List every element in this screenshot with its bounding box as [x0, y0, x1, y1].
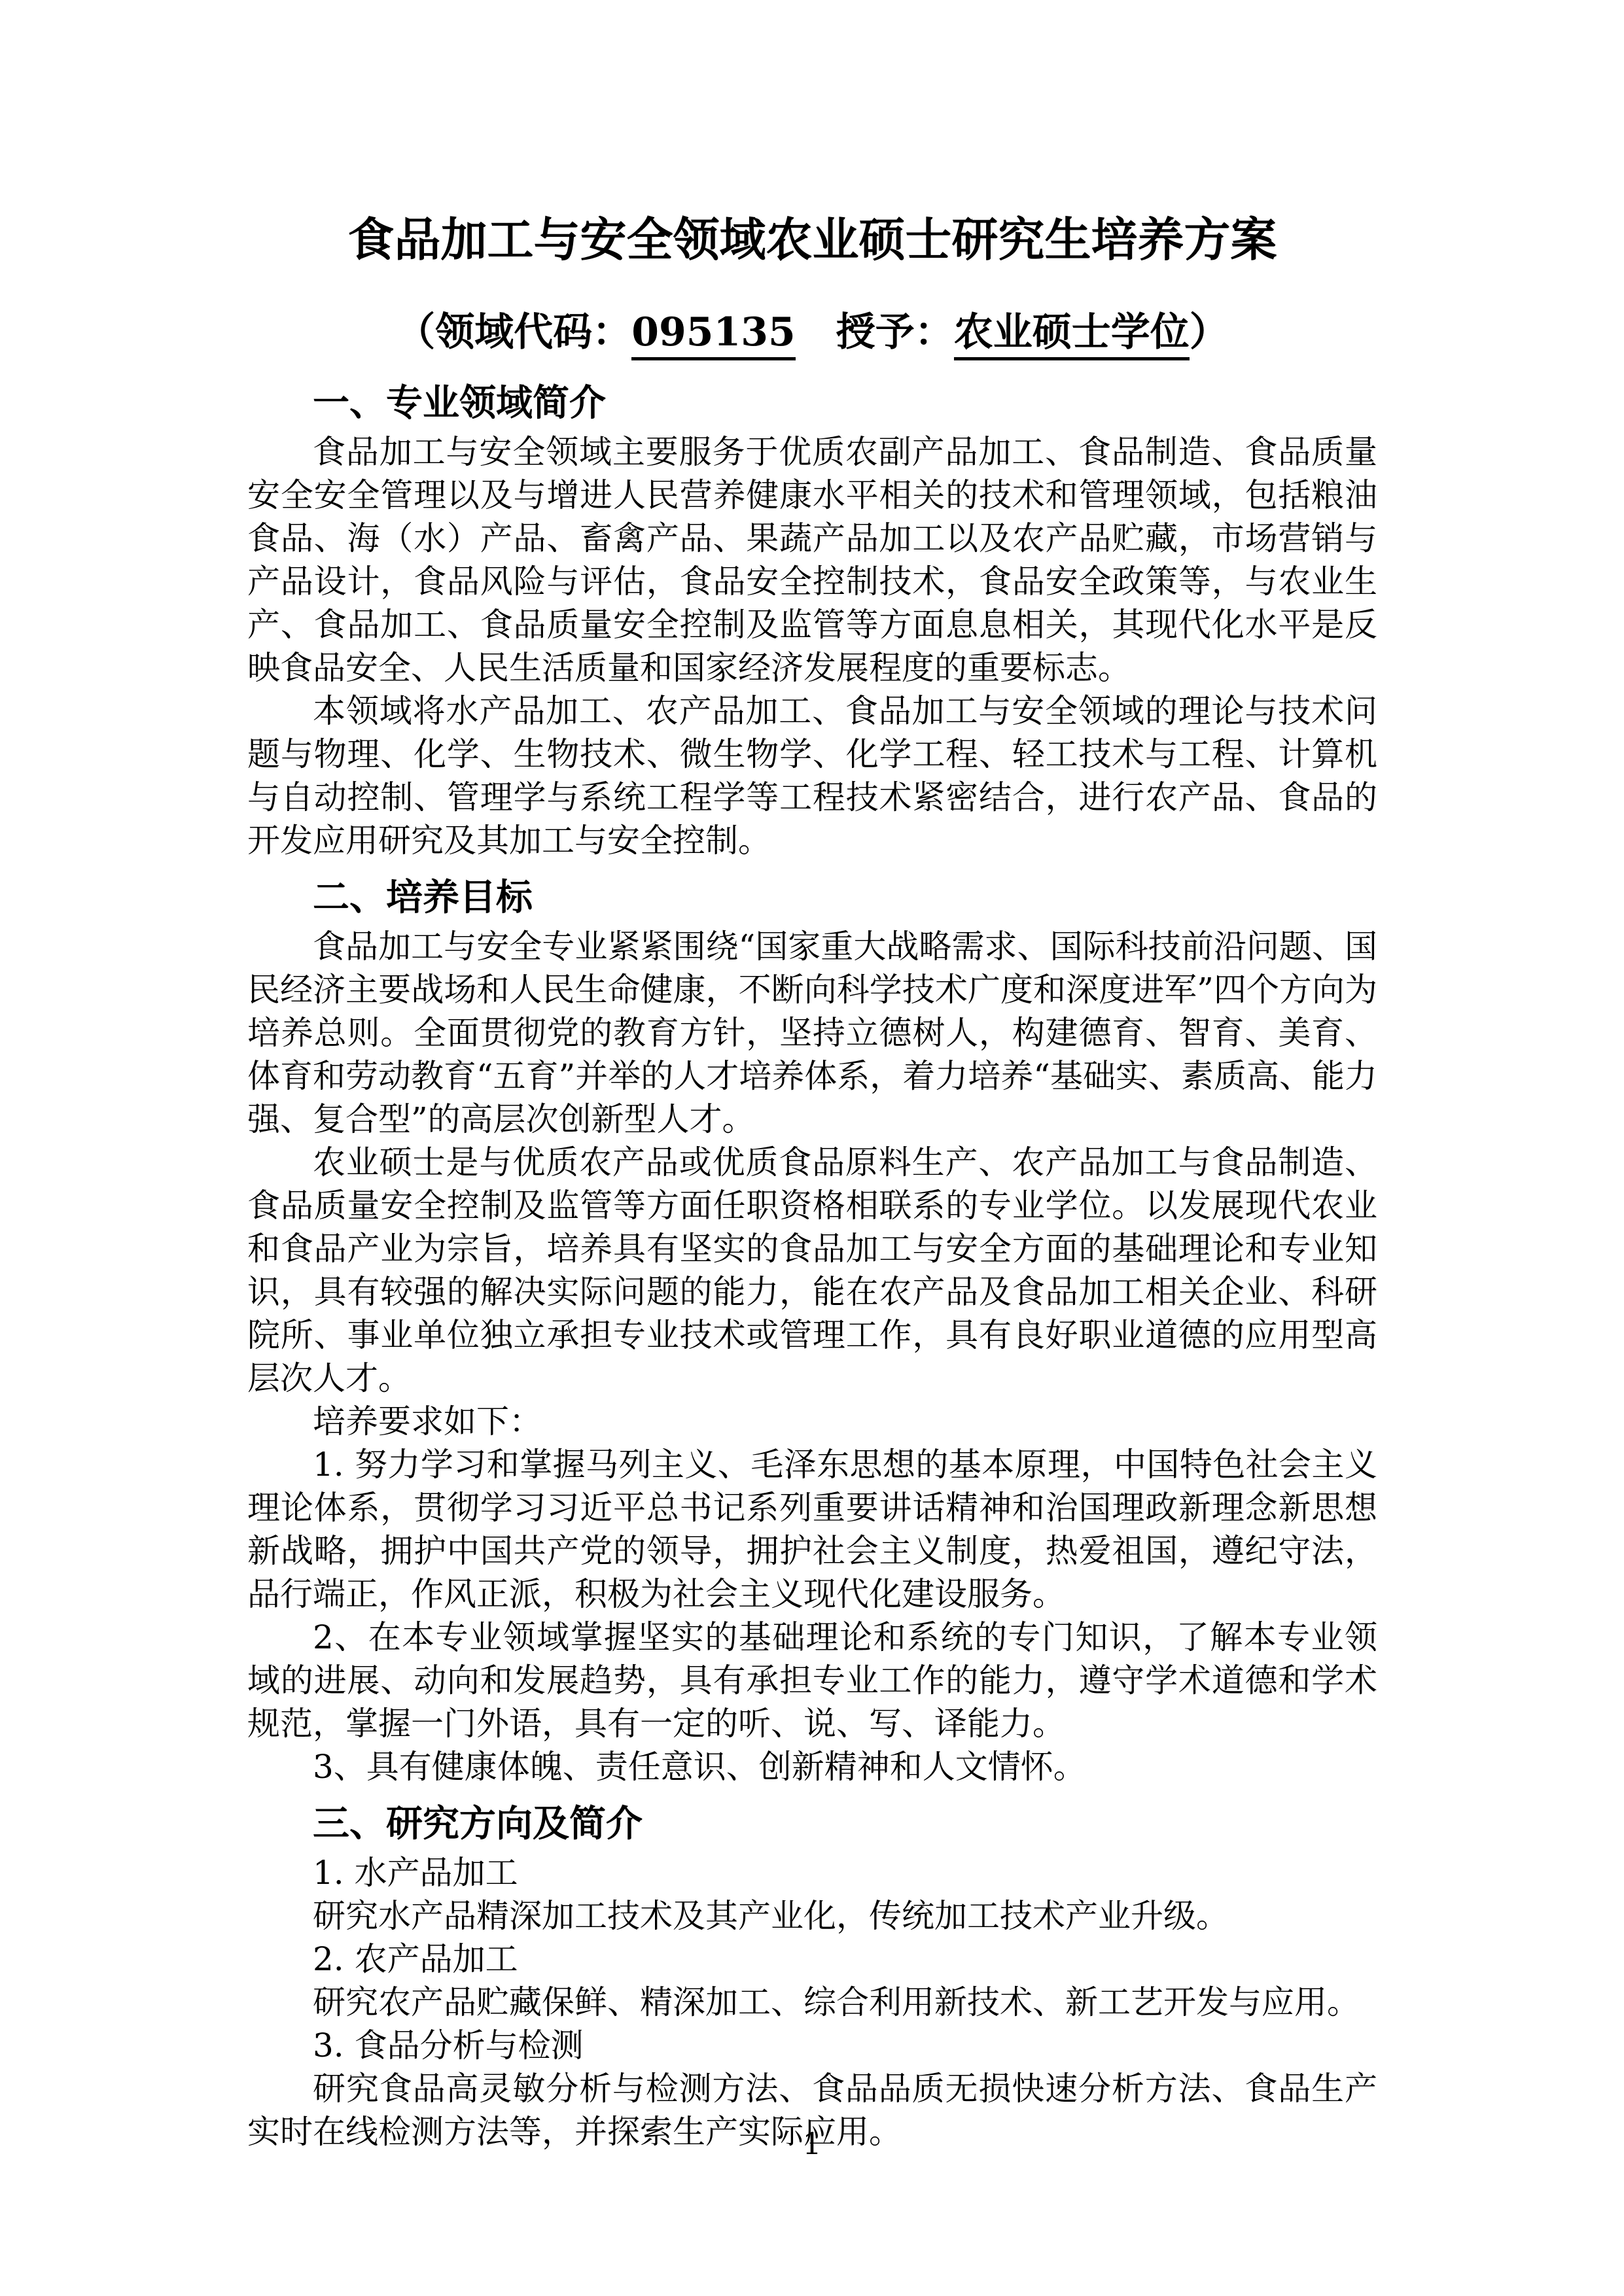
list-item-requirement-3: 3、具有健康体魄、责任意识、创新精神和人文情怀。: [247, 1745, 1377, 1788]
section-heading-2: 二、培养目标: [247, 877, 1377, 920]
body-paragraph: 食品加工与安全领域主要服务于优质农副产品加工、食品制造、食品质量安全安全管理以及…: [247, 430, 1377, 689]
document-title: 食品加工与安全领域农业硕士研究生培养方案: [247, 208, 1377, 271]
research-direction-1-description: 研究水产品精深加工技术及其产业化，传统加工技术产业升级。: [247, 1894, 1377, 1938]
research-direction-3-title: 3. 食品分析与检测: [247, 2024, 1377, 2067]
body-paragraph: 农业硕士是与优质农产品或优质食品原料生产、农产品加工与食品制造、食品质量安全控制…: [247, 1141, 1377, 1400]
list-item-requirement-2: 2、在本专业领域掌握坚实的基础理论和系统的专门知识，了解本专业领域的进展、动向和…: [247, 1616, 1377, 1745]
subtitle-suffix: ）: [1190, 309, 1229, 355]
list-item-requirement-1: 1. 努力学习和掌握马列主义、毛泽东思想的基本原理，中国特色社会主义理论体系，贯…: [247, 1443, 1377, 1616]
research-direction-2-title: 2. 农产品加工: [247, 1938, 1377, 1981]
section-heading-1: 一、专业领域简介: [247, 382, 1377, 425]
document-subtitle: （领域代码：095135授予：农业硕士学位）: [247, 305, 1377, 360]
research-direction-2-description: 研究农产品贮藏保鲜、精深加工、综合利用新技术、新工艺开发与应用。: [247, 1981, 1377, 2024]
subtitle-prefix: （领域代码：: [396, 309, 631, 355]
section-field-introduction: 一、专业领域简介 食品加工与安全领域主要服务于优质农副产品加工、食品制造、食品质…: [247, 382, 1377, 862]
section-training-objectives: 二、培养目标 食品加工与安全专业紧紧围绕“国家重大战略需求、国际科技前沿问题、国…: [247, 877, 1377, 1788]
degree-name-value: 农业硕士学位: [954, 309, 1190, 360]
document-page: 食品加工与安全领域农业硕士研究生培养方案 （领域代码：095135授予：农业硕士…: [0, 0, 1624, 2296]
section-research-directions: 三、研究方向及简介 1. 水产品加工 研究水产品精深加工技术及其产业化，传统加工…: [247, 1803, 1377, 2153]
body-paragraph: 本领域将水产品加工、农产品加工、食品加工与安全领域的理论与技术问题与物理、化学、…: [247, 689, 1377, 862]
body-paragraph: 食品加工与安全专业紧紧围绕“国家重大战略需求、国际科技前沿问题、国民经济主要战场…: [247, 925, 1377, 1141]
subtitle-award-label: 授予：: [836, 309, 954, 355]
page-number: 1: [0, 2127, 1624, 2160]
research-direction-1-title: 1. 水产品加工: [247, 1851, 1377, 1894]
section-heading-3: 三、研究方向及简介: [247, 1803, 1377, 1846]
document-content: 食品加工与安全领域农业硕士研究生培养方案 （领域代码：095135授予：农业硕士…: [247, 208, 1377, 2153]
body-paragraph: 培养要求如下：: [247, 1400, 1377, 1443]
field-code-value: 095135: [631, 309, 796, 360]
